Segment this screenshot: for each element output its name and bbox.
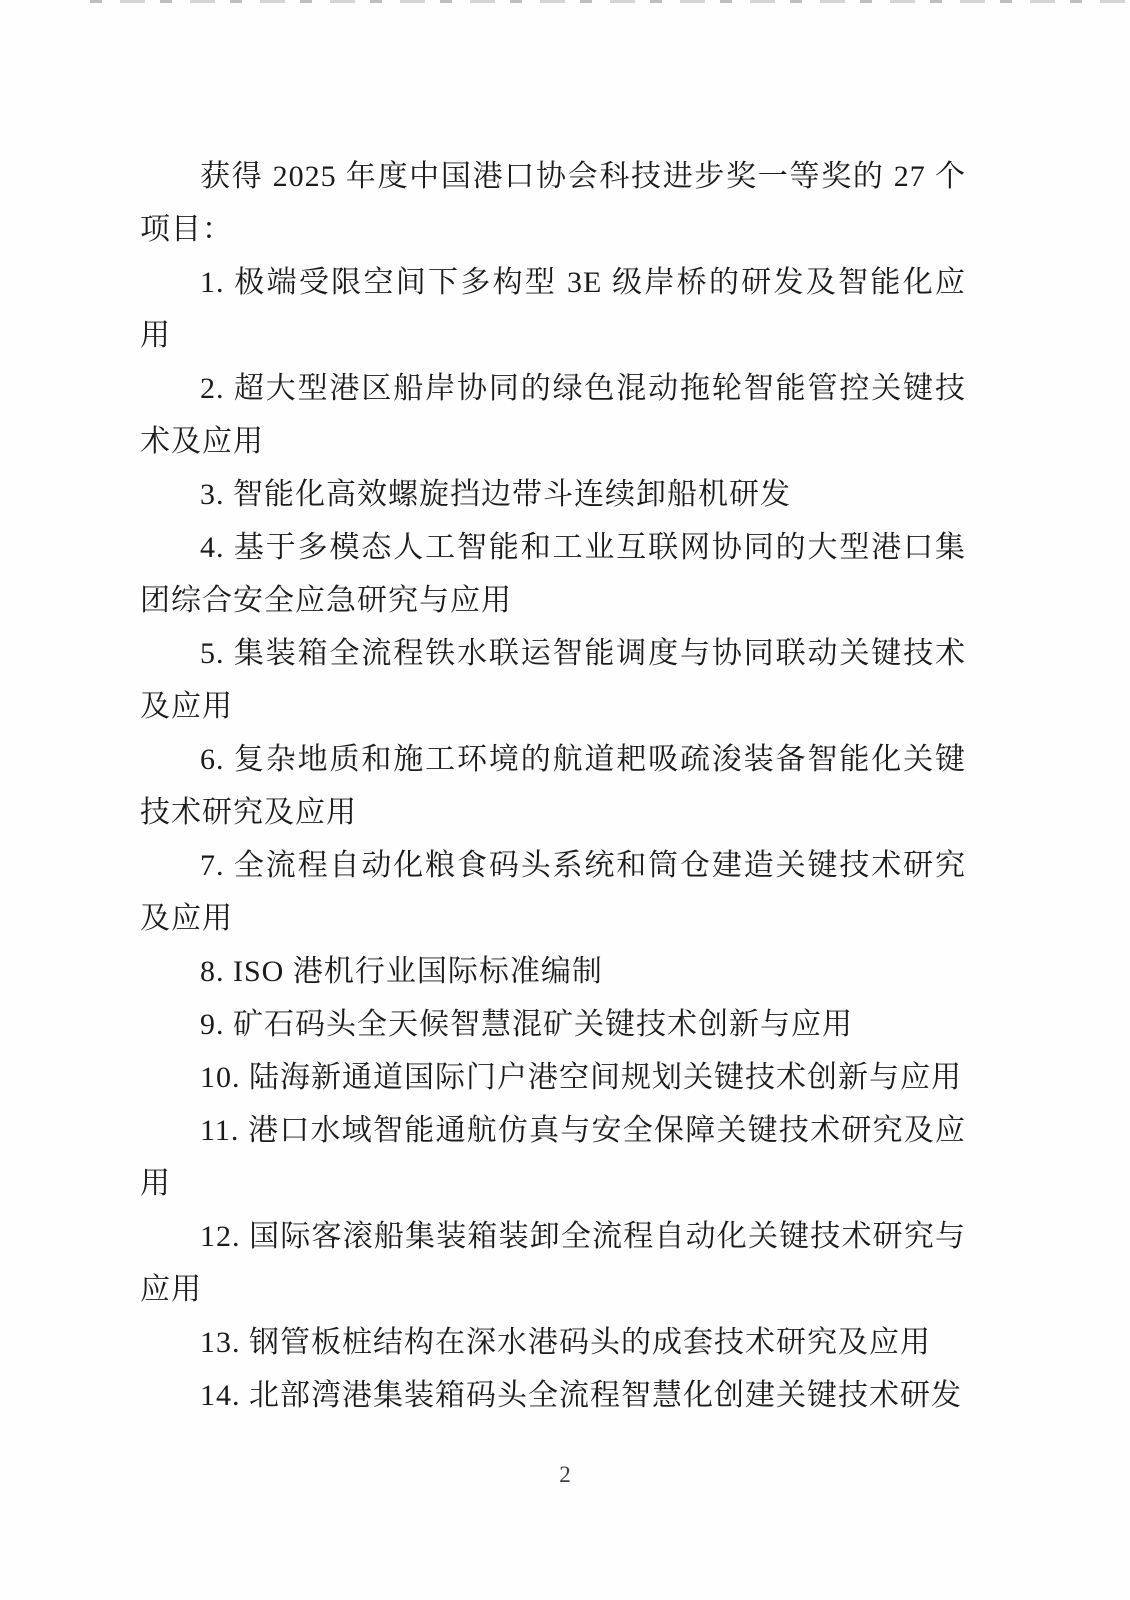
- project-item-11: 11. 港口水域智能通航仿真与安全保障关键技术研究及应用: [140, 1104, 966, 1210]
- scan-artifact-line: [90, 0, 1130, 3]
- project-item-1: 1. 极端受限空间下多构型 3E 级岸桥的研发及智能化应用: [140, 256, 966, 362]
- project-item-8: 8. ISO 港机行业国际标准编制: [140, 945, 966, 998]
- project-item-3: 3. 智能化高效螺旋挡边带斗连续卸船机研发: [140, 468, 966, 521]
- project-item-12: 12. 国际客滚船集装箱装卸全流程自动化关键技术研究与应用: [140, 1210, 966, 1316]
- project-item-5: 5. 集装箱全流程铁水联运智能调度与协同联动关键技术及应用: [140, 627, 966, 733]
- project-item-4: 4. 基于多模态人工智能和工业互联网协同的大型港口集团综合安全应急研究与应用: [140, 521, 966, 627]
- project-item-9: 9. 矿石码头全天候智慧混矿关键技术创新与应用: [140, 998, 966, 1051]
- project-item-6: 6. 复杂地质和施工环境的航道耙吸疏浚装备智能化关键技术研究及应用: [140, 733, 966, 839]
- project-item-14: 14. 北部湾港集装箱码头全流程智慧化创建关键技术研发: [140, 1369, 966, 1422]
- document-page: 获得 2025 年度中国港口协会科技进步奖一等奖的 27 个项目： 1. 极端受…: [0, 0, 1130, 1600]
- project-item-2: 2. 超大型港区船岸协同的绿色混动拖轮智能管控关键技术及应用: [140, 362, 966, 468]
- project-item-13: 13. 钢管板桩结构在深水港码头的成套技术研究及应用: [140, 1316, 966, 1369]
- project-item-10: 10. 陆海新通道国际门户港空间规划关键技术创新与应用: [140, 1051, 966, 1104]
- document-body: 获得 2025 年度中国港口协会科技进步奖一等奖的 27 个项目： 1. 极端受…: [140, 150, 966, 1422]
- page-number: 2: [0, 1462, 1130, 1488]
- intro-paragraph: 获得 2025 年度中国港口协会科技进步奖一等奖的 27 个项目：: [140, 150, 966, 256]
- project-item-7: 7. 全流程自动化粮食码头系统和筒仓建造关键技术研究及应用: [140, 839, 966, 945]
